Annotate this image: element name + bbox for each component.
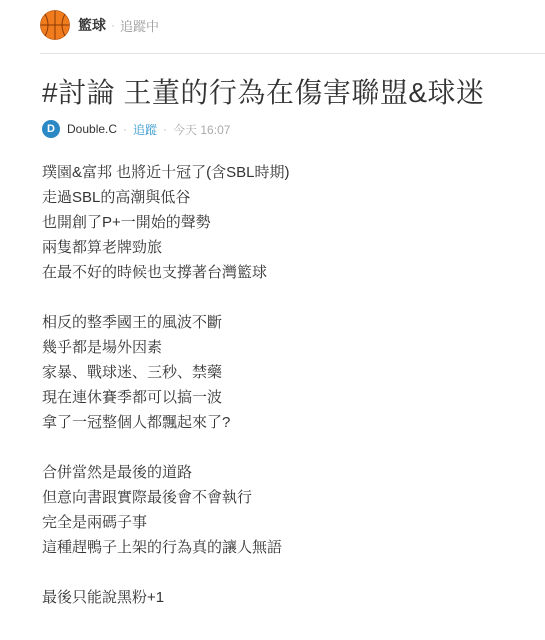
- body-line: 家暴、戰球迷、三秒、禁藥: [42, 360, 522, 385]
- post-body: 璞園&富邦 也將近十冠了(含SBL時期) 走過SBL的高潮與低谷 也開創了P+一…: [42, 160, 522, 610]
- paragraph-spacer: [42, 285, 522, 310]
- body-line: 在最不好的時候也支撐著台灣籃球: [42, 260, 522, 285]
- paragraph-spacer: [42, 435, 522, 460]
- body-line: 兩隻都算老牌勁旅: [42, 235, 522, 260]
- body-line: 相反的整季國王的風波不斷: [42, 310, 522, 335]
- body-line: 拿了一冠整個人都飄起來了?: [42, 410, 522, 435]
- forum-header: 籃球 · 追蹤中: [40, 10, 159, 40]
- basketball-icon[interactable]: [40, 10, 70, 40]
- body-line: 也開創了P+一開始的聲勢: [42, 210, 522, 235]
- body-line: 合併當然是最後的道路: [42, 460, 522, 485]
- body-line: 幾乎都是場外因素: [42, 335, 522, 360]
- body-line: 完全是兩碼子事: [42, 510, 522, 535]
- body-line: 但意向書跟實際最後會不會執行: [42, 485, 522, 510]
- post-meta: D Double.C · 追蹤 · 今天 16:07: [42, 120, 230, 138]
- author-avatar[interactable]: D: [42, 120, 60, 138]
- post-title: #討論 王董的行為在傷害聯盟&球迷: [42, 74, 485, 112]
- author-name[interactable]: Double.C: [67, 122, 117, 136]
- forum-name[interactable]: 籃球: [78, 15, 106, 35]
- body-line: 這種趕鴨子上架的行為真的讓人無語: [42, 535, 522, 560]
- follow-author-button[interactable]: 追蹤: [133, 121, 157, 138]
- forum-follow-status[interactable]: 追蹤中: [120, 16, 159, 35]
- body-line: 現在連休賽季都可以搞一波: [42, 385, 522, 410]
- body-line: 最後只能說黑粉+1: [42, 585, 522, 610]
- separator-dot: ·: [123, 122, 127, 136]
- body-line: 璞園&富邦 也將近十冠了(含SBL時期): [42, 160, 522, 185]
- post-timestamp: 今天 16:07: [173, 121, 230, 138]
- paragraph-spacer: [42, 560, 522, 585]
- separator-dot: ·: [111, 18, 115, 32]
- header-divider: [40, 53, 545, 54]
- body-line: 走過SBL的高潮與低谷: [42, 185, 522, 210]
- separator-dot: ·: [163, 122, 167, 136]
